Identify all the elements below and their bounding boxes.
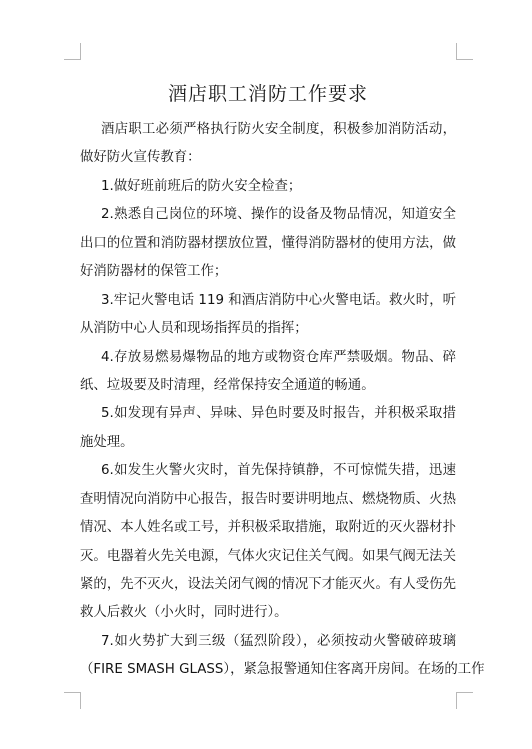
body-line: 酒店职工必须严格执行防火安全制度，积极参加消防活动， — [80, 116, 456, 144]
body-line: 7.如火势扩大到三级（猛烈阶段），必须按动火警破碎玻璃 — [80, 628, 456, 656]
bottom-left-margin-mark — [64, 692, 81, 709]
body-line: 做好防火宣传教育： — [80, 144, 456, 172]
body-line: 3.牢记火警电话 119 和酒店消防中心火警电话。救火时，听 — [80, 287, 456, 315]
body-line: 4.存放易燃易爆物品的地方或物资仓库严禁吸烟。物品、碎 — [80, 344, 456, 372]
body-line: （FIRE SMASH GLASS），紧急报警通知住客离开房间。在场的工作 — [80, 656, 456, 684]
body-line: 出口的位置和消防器材摆放位置，懂得消防器材的使用方法，做 — [80, 230, 456, 258]
body-line: 1.做好班前班后的防火安全检查； — [80, 173, 456, 201]
body-line: 2.熟悉自己岗位的环境、操作的设备及物品情况，知道安全 — [80, 201, 456, 229]
body-line: 救人后救火（小火时，同时进行）。 — [80, 599, 456, 627]
document-body: 酒店职工必须严格执行防火安全制度，积极参加消防活动，做好防火宣传教育：1.做好班… — [80, 116, 456, 685]
body-line: 纸、垃圾要及时清理，经常保持安全通道的畅通。 — [80, 372, 456, 400]
document-title: 酒店职工消防工作要求 — [80, 82, 456, 106]
top-right-margin-mark — [456, 43, 473, 60]
body-line: 灭。电器着火先关电源，气体火灾记住关气阀。如果气阀无法关 — [80, 543, 456, 571]
body-line: 查明情况向消防中心报告，报告时要讲明地点、燃烧物质、火热 — [80, 486, 456, 514]
bottom-right-margin-mark — [456, 692, 473, 709]
body-line: 情况、本人姓名或工号，并积极采取措施，取附近的灭火器材扑 — [80, 514, 456, 542]
body-line: 6.如发生火警火灾时，首先保持镇静，不可惊慌失措，迅速 — [80, 457, 456, 485]
body-line: 施处理。 — [80, 429, 456, 457]
body-line: 5.如发现有异声、异味、异色时要及时报告，并积极采取措 — [80, 400, 456, 428]
body-line: 紧的，先不灭火，设法关闭气阀的情况下才能灭火。有人受伤先 — [80, 571, 456, 599]
body-line: 好消防器材的保管工作； — [80, 258, 456, 286]
document-page: 酒店职工消防工作要求 酒店职工必须严格执行防火安全制度，积极参加消防活动，做好防… — [0, 0, 532, 749]
body-line: 从消防中心人员和现场指挥员的指挥； — [80, 315, 456, 343]
top-left-margin-mark — [64, 43, 81, 60]
